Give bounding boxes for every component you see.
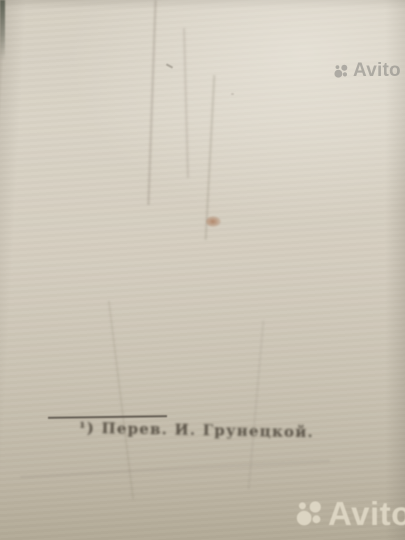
crease-line [20, 460, 330, 478]
paper-speck [166, 63, 173, 68]
book-page-photo: ¹) Перев. И. Грунецкой. Avito Avito [0, 0, 405, 540]
paper-speck [231, 93, 234, 95]
avito-logo-icon [296, 500, 324, 528]
footnote-text: ¹) Перев. И. Грунецкой. [79, 419, 314, 442]
crease-line [147, 0, 156, 205]
avito-watermark-bottom: Avito [296, 495, 405, 533]
crease-line [183, 28, 189, 178]
avito-watermark-label: Avito [328, 495, 405, 533]
page-edge-shadow [0, 0, 5, 60]
avito-watermark-label: Avito [353, 60, 401, 82]
avito-watermark-top: Avito [334, 60, 401, 82]
avito-logo-icon [334, 64, 349, 79]
footnote-separator-line [48, 415, 167, 419]
stain-mark [206, 216, 221, 227]
